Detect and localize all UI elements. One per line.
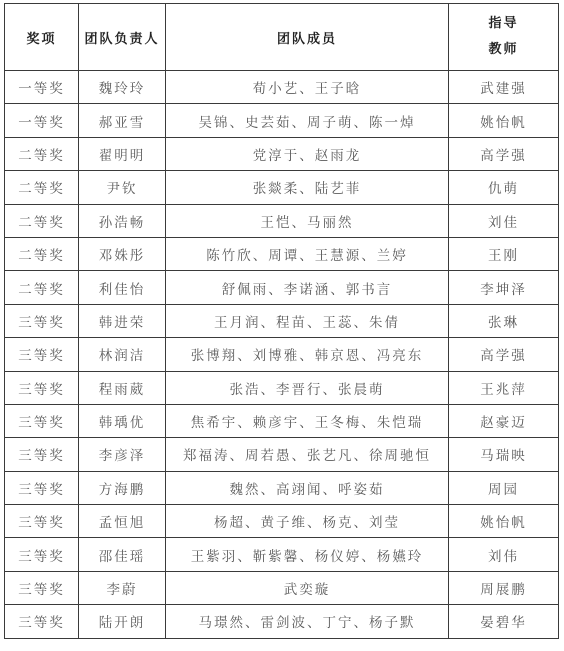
award-cell: 一等奖 — [5, 104, 79, 137]
table-row: 二等奖尹钦张燚柔、陆艺菲仇萌 — [5, 171, 559, 204]
advisor-cell: 武建强 — [449, 71, 559, 104]
award-cell: 二等奖 — [5, 137, 79, 170]
advisor-cell: 姚怡帆 — [449, 104, 559, 137]
table-row: 二等奖邓姝彤陈竹欣、周谭、王慧源、兰婷王刚 — [5, 237, 559, 270]
leader-cell: 孟恒旭 — [79, 505, 166, 538]
leader-cell: 利佳怡 — [79, 271, 166, 304]
header-advisor-line1: 指导 — [449, 11, 558, 37]
advisor-cell: 张琳 — [449, 304, 559, 337]
members-cell: 焦希宇、赖彦宇、王冬梅、朱恺瑞 — [166, 404, 449, 437]
members-cell: 魏然、高翊闻、呼姿茹 — [166, 471, 449, 504]
advisor-cell: 赵豪迈 — [449, 404, 559, 437]
members-cell: 张浩、李晋行、张晨萌 — [166, 371, 449, 404]
table-row: 一等奖郝亚雪吴锦、史芸茹、周子萌、陈一焯姚怡帆 — [5, 104, 559, 137]
members-cell: 杨超、黄子维、杨克、刘莹 — [166, 505, 449, 538]
award-cell: 一等奖 — [5, 71, 79, 104]
leader-cell: 李蔚 — [79, 571, 166, 604]
table-row: 三等奖方海鹏魏然、高翊闻、呼姿茹周园 — [5, 471, 559, 504]
award-cell: 三等奖 — [5, 471, 79, 504]
table-row: 二等奖利佳怡舒佩雨、李诺涵、郭书言李坤泽 — [5, 271, 559, 304]
table-row: 三等奖邵佳瑶王紫羽、靳紫馨、杨仪婷、杨嬿玲刘伟 — [5, 538, 559, 571]
advisor-cell: 姚怡帆 — [449, 505, 559, 538]
advisor-cell: 周园 — [449, 471, 559, 504]
members-cell: 武奕璇 — [166, 571, 449, 604]
advisor-cell: 刘佳 — [449, 204, 559, 237]
members-cell: 张博翔、刘博雅、韩京恩、冯亮东 — [166, 338, 449, 371]
leader-cell: 尹钦 — [79, 171, 166, 204]
header-award: 奖项 — [5, 4, 79, 71]
award-cell: 二等奖 — [5, 171, 79, 204]
header-leader: 团队负责人 — [79, 4, 166, 71]
leader-cell: 林润洁 — [79, 338, 166, 371]
members-cell: 王紫羽、靳紫馨、杨仪婷、杨嬿玲 — [166, 538, 449, 571]
leader-cell: 程雨葳 — [79, 371, 166, 404]
header-row: 奖项 团队负责人 团队成员 指导 教师 — [5, 4, 559, 71]
members-cell: 王恺、马丽然 — [166, 204, 449, 237]
table-row: 三等奖李蔚武奕璇周展鹏 — [5, 571, 559, 604]
leader-cell: 邵佳瑶 — [79, 538, 166, 571]
table-row: 三等奖孟恒旭杨超、黄子维、杨克、刘莹姚怡帆 — [5, 505, 559, 538]
members-cell: 吴锦、史芸茹、周子萌、陈一焯 — [166, 104, 449, 137]
table-row: 一等奖魏玲玲荀小艺、王子晗武建强 — [5, 71, 559, 104]
leader-cell: 李彦泽 — [79, 438, 166, 471]
advisor-cell: 王兆萍 — [449, 371, 559, 404]
members-cell: 王月润、程苗、王蕊、朱倩 — [166, 304, 449, 337]
award-cell: 三等奖 — [5, 371, 79, 404]
award-cell: 三等奖 — [5, 438, 79, 471]
award-cell: 三等奖 — [5, 538, 79, 571]
award-cell: 三等奖 — [5, 505, 79, 538]
leader-cell: 韩瑀优 — [79, 404, 166, 437]
members-cell: 舒佩雨、李诺涵、郭书言 — [166, 271, 449, 304]
award-cell: 三等奖 — [5, 404, 79, 437]
table-row: 三等奖林润洁张博翔、刘博雅、韩京恩、冯亮东高学强 — [5, 338, 559, 371]
table-row: 三等奖陆开朗马璟然、雷剑波、丁宁、杨子默晏碧华 — [5, 605, 559, 638]
header-members: 团队成员 — [166, 4, 449, 71]
members-cell: 党淳于、赵雨龙 — [166, 137, 449, 170]
award-cell: 三等奖 — [5, 304, 79, 337]
advisor-cell: 高学强 — [449, 338, 559, 371]
table-row: 二等奖孙浩畅王恺、马丽然刘佳 — [5, 204, 559, 237]
leader-cell: 陆开朗 — [79, 605, 166, 638]
leader-cell: 韩进荣 — [79, 304, 166, 337]
members-cell: 马璟然、雷剑波、丁宁、杨子默 — [166, 605, 449, 638]
leader-cell: 邓姝彤 — [79, 237, 166, 270]
leader-cell: 孙浩畅 — [79, 204, 166, 237]
advisor-cell: 马瑞映 — [449, 438, 559, 471]
award-cell: 三等奖 — [5, 605, 79, 638]
advisor-cell: 王刚 — [449, 237, 559, 270]
award-cell: 二等奖 — [5, 237, 79, 270]
award-cell: 二等奖 — [5, 204, 79, 237]
members-cell: 陈竹欣、周谭、王慧源、兰婷 — [166, 237, 449, 270]
members-cell: 张燚柔、陆艺菲 — [166, 171, 449, 204]
advisor-cell: 刘伟 — [449, 538, 559, 571]
leader-cell: 魏玲玲 — [79, 71, 166, 104]
award-cell: 二等奖 — [5, 271, 79, 304]
table-row: 三等奖韩进荣王月润、程苗、王蕊、朱倩张琳 — [5, 304, 559, 337]
table-row: 二等奖翟明明党淳于、赵雨龙高学强 — [5, 137, 559, 170]
advisor-cell: 仇萌 — [449, 171, 559, 204]
advisor-cell: 晏碧华 — [449, 605, 559, 638]
advisor-cell: 李坤泽 — [449, 271, 559, 304]
members-cell: 荀小艺、王子晗 — [166, 71, 449, 104]
leader-cell: 方海鹏 — [79, 471, 166, 504]
award-cell: 三等奖 — [5, 338, 79, 371]
header-advisor-line2: 教师 — [449, 37, 558, 63]
table-row: 三等奖李彦泽郑福涛、周若愚、张艺凡、徐周驰恒马瑞映 — [5, 438, 559, 471]
leader-cell: 郝亚雪 — [79, 104, 166, 137]
table-row: 三等奖韩瑀优焦希宇、赖彦宇、王冬梅、朱恺瑞赵豪迈 — [5, 404, 559, 437]
awards-table: 奖项 团队负责人 团队成员 指导 教师 一等奖魏玲玲荀小艺、王子晗武建强一等奖郝… — [4, 3, 559, 639]
header-advisor: 指导 教师 — [449, 4, 559, 71]
leader-cell: 翟明明 — [79, 137, 166, 170]
advisor-cell: 周展鹏 — [449, 571, 559, 604]
table-row: 三等奖程雨葳张浩、李晋行、张晨萌王兆萍 — [5, 371, 559, 404]
advisor-cell: 高学强 — [449, 137, 559, 170]
members-cell: 郑福涛、周若愚、张艺凡、徐周驰恒 — [166, 438, 449, 471]
award-cell: 三等奖 — [5, 571, 79, 604]
